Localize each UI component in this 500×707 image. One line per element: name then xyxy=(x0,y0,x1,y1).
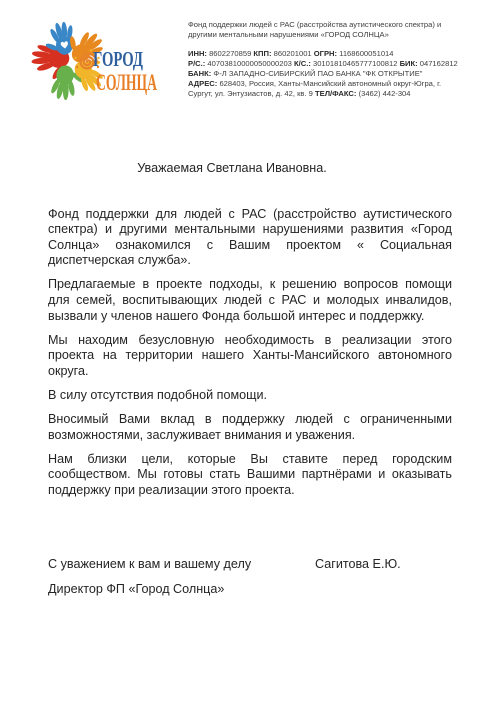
letter-body: Уважаемая Светлана Ивановна. Фонд поддер… xyxy=(48,161,452,598)
paragraph-5: Вносимый Вами вклад в поддержку людей с … xyxy=(48,412,452,443)
kpp-label: КПП: xyxy=(253,49,271,58)
org-description: Фонд поддержки людей с РАС (расстройства… xyxy=(188,20,464,40)
ogrn-value: 1168600051014 xyxy=(337,49,393,58)
org-info: Фонд поддержки людей с РАС (расстройства… xyxy=(188,20,464,99)
signature-title: Директор ФП «Город Солнца» xyxy=(48,582,452,598)
bank-value: Ф-Л ЗАПАДНО-СИБИРСКИЙ ПАО БАНКА "ФК ОТКР… xyxy=(211,69,422,78)
ogrn-label: ОГРН: xyxy=(314,49,337,58)
requisites-line-inn: ИНН: 8602270859 КПП: 860201001 ОГРН: 116… xyxy=(188,49,464,59)
signature-block: С уважением к вам и вашему делу Сагитова… xyxy=(48,557,452,598)
inn-label: ИНН: xyxy=(188,49,207,58)
paragraph-3: Мы находим безусловную необходимость в р… xyxy=(48,333,452,380)
telfax-label: ТЕЛ/ФАКС: xyxy=(315,89,356,98)
paragraph-4: В силу отсутствия подобной помощи. xyxy=(48,388,452,404)
signature-name: Сагитова Е.Ю. xyxy=(315,557,401,573)
requisites-line-address: АДРЕС: 628403, Россия, Ханты-Мансийский … xyxy=(188,79,464,99)
letter-page: ГОРОД СОЛНЦА Фонд поддержки людей с РАС … xyxy=(0,0,500,707)
address-label: АДРЕС: xyxy=(188,79,217,88)
signature-closing: С уважением к вам и вашему делу xyxy=(48,557,251,571)
paragraph-6: Нам близки цели, которые Вы ставите пере… xyxy=(48,452,452,499)
bik-value: 047162812 xyxy=(418,59,458,68)
signature-row: С уважением к вам и вашему делу Сагитова… xyxy=(48,557,452,573)
inn-value: 8602270859 xyxy=(207,49,253,58)
requisites-line-bank: БАНК: Ф-Л ЗАПАДНО-СИБИРСКИЙ ПАО БАНКА "Ф… xyxy=(188,69,464,79)
paragraph-2: Предлагаемые в проекте подходы, к решени… xyxy=(48,277,452,324)
salutation: Уважаемая Светлана Ивановна. xyxy=(48,161,452,177)
ks-value: 30101810465777100812 xyxy=(311,59,400,68)
paragraph-1: Фонд поддержки для людей с РАС (расстрой… xyxy=(48,207,452,269)
rs-value: 40703810000050000203 xyxy=(205,59,294,68)
bank-label: БАНК: xyxy=(188,69,211,78)
logo-gorod-solntsa: ГОРОД СОЛНЦА xyxy=(24,12,166,108)
requisites-line-accounts: Р/С.: 40703810000050000203 К/С.: 3010181… xyxy=(188,59,464,69)
logo-word-gorod: ГОРОД xyxy=(93,47,143,71)
bik-label: БИК: xyxy=(400,59,418,68)
telfax-value: (3462) 442-304 xyxy=(356,89,410,98)
logo-word-solntsa: СОЛНЦА xyxy=(96,70,157,95)
kpp-value: 860201001 xyxy=(272,49,314,58)
ks-label: К/С.: xyxy=(294,59,311,68)
rs-label: Р/С.: xyxy=(188,59,205,68)
